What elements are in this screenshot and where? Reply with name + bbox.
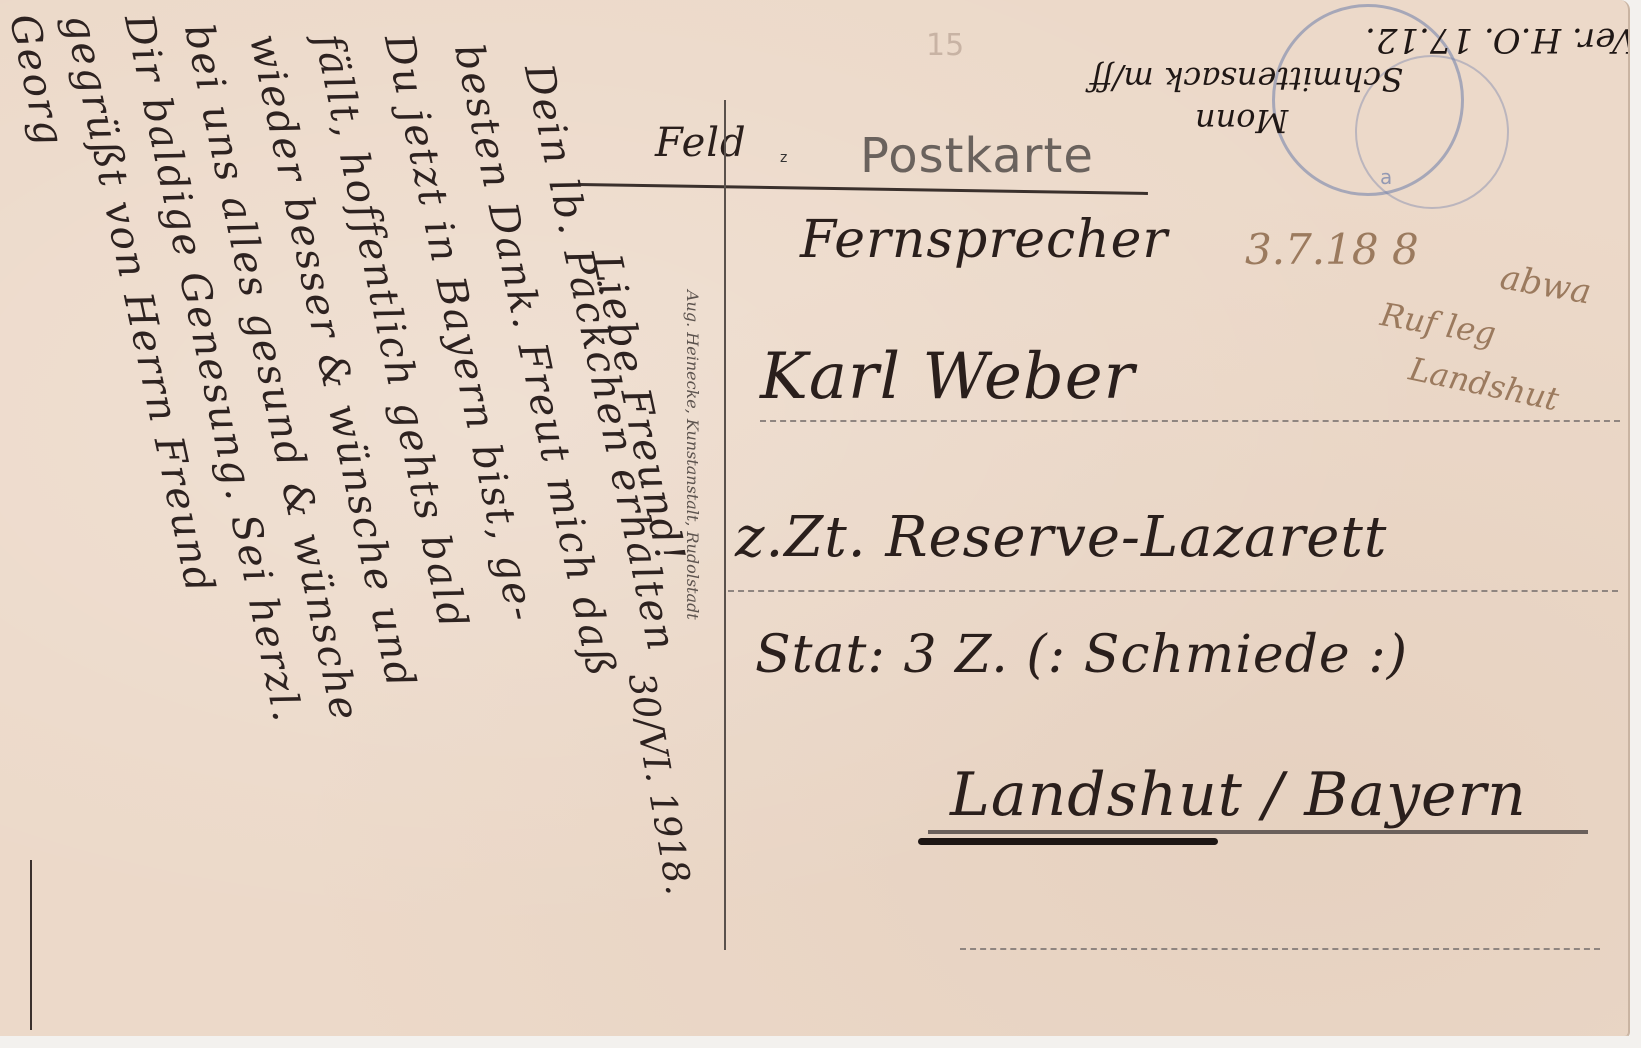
sender-note-line: Abs. Ver. H.O. 17.12.	[1365, 20, 1630, 60]
address-dotted-line	[728, 590, 1618, 592]
address-dotted-line	[960, 948, 1600, 950]
address-line-4: Stat: 3 Z. (: Schmiede :)	[755, 625, 1408, 685]
brown-annotation: Landshut	[1406, 350, 1563, 419]
margin-line	[30, 860, 32, 1030]
sender-note-line: Monn	[1195, 102, 1288, 140]
address-dotted-line	[760, 420, 1620, 422]
postmark-fragment: a	[1380, 165, 1392, 189]
address-line-5: Landshut / Bayern	[950, 760, 1527, 830]
printed-title: Postkarte	[860, 128, 1094, 184]
receipt-date-annotation: 3.7.18 8	[1245, 225, 1419, 274]
postcard: 15 a Abs. Ver. H.O. 17.12. Schmittensack…	[0, 0, 1630, 1038]
address-underline	[918, 838, 1218, 845]
address-line-3: z.Zt. Reserve-Lazarett	[735, 505, 1387, 570]
brown-annotation: abwa	[1497, 257, 1594, 312]
feld-prefix-superscript: z	[780, 150, 787, 166]
brown-annotation: Ruf leg	[1378, 295, 1499, 353]
printer-imprint: Aug. Heinecke, Kunstanstalt, Rudolstadt	[683, 290, 702, 620]
address-line-1: Fernsprecher	[800, 210, 1168, 270]
scan-border	[0, 1036, 1641, 1048]
address-line-2: Karl Weber	[760, 340, 1135, 414]
header-rule	[578, 183, 1148, 195]
sender-note-line: Schmittensack m/ff	[1090, 60, 1403, 98]
pencil-note: 15	[926, 28, 964, 63]
divider-line	[724, 100, 726, 950]
address-dotted-line	[928, 830, 1588, 834]
message-date: 30/VI. 1918.	[620, 670, 699, 898]
feld-handwritten-prefix: Feld	[655, 120, 747, 166]
